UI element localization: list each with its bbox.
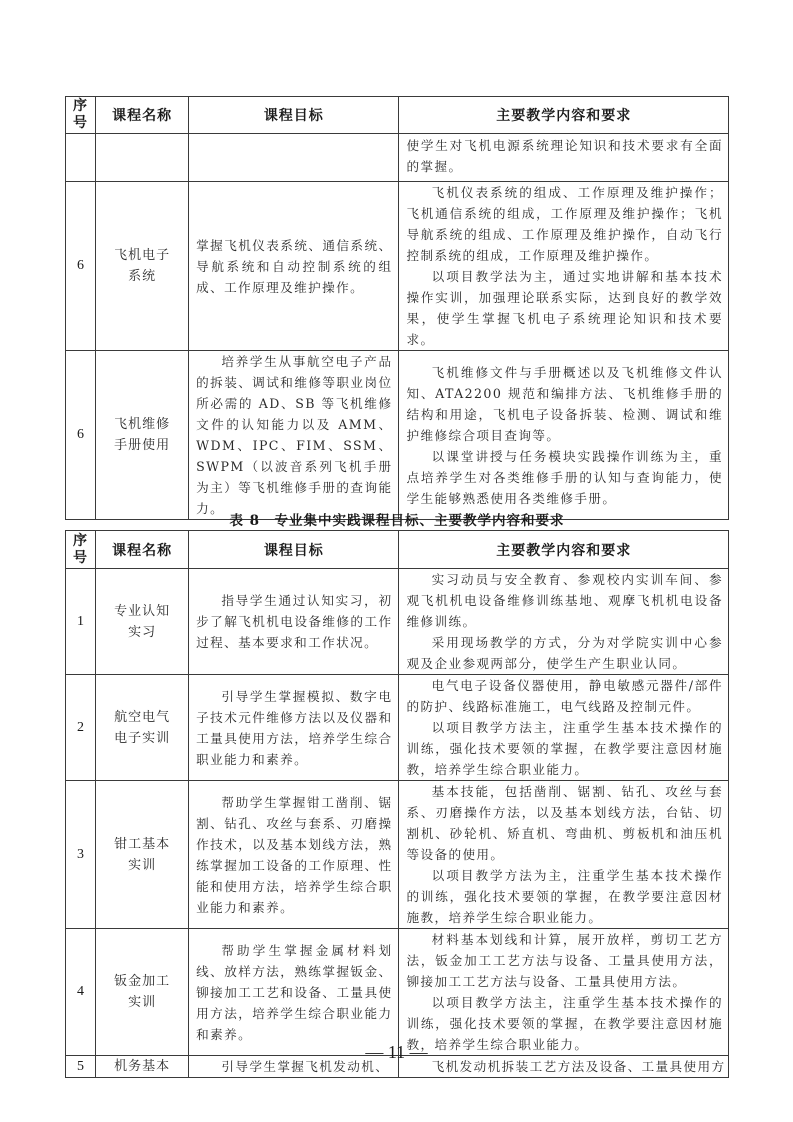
row-course-name: 钣金加工实训 [96,929,189,1056]
header-no: 序号 [66,531,96,569]
content-paragraph: 电气电子设备仪器使用，静电敏感元器件/部件的防护、线路标准施工，电气线路及控制元… [406,675,723,717]
table-header-row: 序号 课程名称 课程目标 主要教学内容和要求 [66,531,729,569]
header-no: 序号 [66,97,96,134]
row-course-goal: 帮助学生掌握钳工凿削、锯割、钻孔、攻丝与套系、刃磨操作技术，以及基本划线方法，熟… [189,781,399,929]
content-paragraph: 材料基本划线和计算，展开放样，剪切工艺方法，钣金加工工艺方法与设备、工量具使用方… [406,929,723,992]
content-paragraph: 以项目教学法为主，通过实地讲解和基本技术操作实训，加强理论联系实际，达到良好的教… [406,266,723,350]
content-paragraph: 飞机维修文件与手册概述以及飞机维修文件认知、ATA2200 规范和编排方法、飞机… [406,362,723,446]
row-content: 飞机维修文件与手册概述以及飞机维修文件认知、ATA2200 规范和编排方法、飞机… [399,351,729,520]
content-paragraph: 实习动员与安全教育、参观校内实训车间、参观飞机机电设备维修训练基地、观摩飞机机电… [406,569,723,632]
row-course-goal: 帮助学生掌握金属材料划线、放样方法，熟练掌握钣金、铆接加工工艺和设备、工量具使用… [189,929,399,1056]
table-row: 1 专业认知实习 指导学生通过认知实习，初步了解飞机机电设备维修的工作过程、基本… [66,569,729,675]
content-paragraph: 采用现场教学的方式，分为对学院实训中心参观及企业参观两部分，使学生产生职业认同。 [406,632,723,674]
table-row: 3 钳工基本实训 帮助学生掌握钳工凿削、锯割、钻孔、攻丝与套系、刃磨操作技术，以… [66,781,729,929]
row-course-name: 钳工基本实训 [96,781,189,929]
header-course-goal: 课程目标 [189,531,399,569]
page-number: — 11 — [0,1042,793,1063]
content-paragraph: 以课堂讲授与任务模块实践操作训练为主，重点培养学生对各类维修手册的认知与查询能力… [406,446,723,509]
table-row: 使学生对飞机电源系统理论知识和技术要求有全面的掌握。 [66,134,729,182]
table-row: 6 飞机电子系统 掌握飞机仪表系统、通信系统、导航系统和自动控制系统的组成、工作… [66,182,729,351]
header-course-name: 课程名称 [96,531,189,569]
row-no: 4 [66,929,96,1056]
header-course-name: 课程名称 [96,97,189,134]
header-content: 主要教学内容和要求 [399,531,729,569]
row-course-name: 飞机维修手册使用 [96,351,189,520]
content-paragraph: 以项目教学方法主，注重学生基本技术操作的训练，强化技术要领的掌握，在教学要注意因… [406,717,723,780]
row-no: 3 [66,781,96,929]
header-content: 主要教学内容和要求 [399,97,729,134]
row-content: 材料基本划线和计算，展开放样，剪切工艺方法，钣金加工工艺方法与设备、工量具使用方… [399,929,729,1056]
table-row: 2 航空电气电子实训 引导学生掌握模拟、数字电子技术元件维修方法以及仪器和工量具… [66,675,729,781]
row-content: 电气电子设备仪器使用，静电敏感元器件/部件的防护、线路标准施工，电气线路及控制元… [399,675,729,781]
row-no: 2 [66,675,96,781]
content-paragraph: 以项目教学方法为主，注重学生基本技术操作的训练，强化技术要领的掌握，在教学要注意… [406,865,723,928]
table-row: 4 钣金加工实训 帮助学生掌握金属材料划线、放样方法，熟练掌握钣金、铆接加工工艺… [66,929,729,1056]
table-row: 6 飞机维修手册使用 培养学生从事航空电子产品的拆装、调试和维修等职业岗位所必需… [66,351,729,520]
content-paragraph: 飞机仪表系统的组成、工作原理及维护操作；飞机通信系统的组成，工作原理及维护操作；… [406,182,723,266]
row-no: 6 [66,351,96,520]
row-content: 基本技能，包括凿削、锯割、钻孔、攻丝与套系、刃磨操作方法，以及基本划线方法，台钻… [399,781,729,929]
course-table-continued: 序号 课程名称 课程目标 主要教学内容和要求 使学生对飞机电源系统理论知识和技术… [65,96,729,520]
table-caption: 表 8 专业集中实践课程目标、主要教学内容和要求 [65,509,729,529]
header-course-goal: 课程目标 [189,97,399,134]
row-course-goal: 指导学生通过认知实习，初步了解飞机机电设备维修的工作过程、基本要求和工作状况。 [189,569,399,675]
row-course-name: 飞机电子系统 [96,182,189,351]
row-no [66,134,96,182]
row-course-goal [189,134,399,182]
row-course-name [96,134,189,182]
row-no: 6 [66,182,96,351]
content-paragraph: 使学生对飞机电源系统理论知识和技术要求有全面的掌握。 [406,135,723,177]
row-course-goal: 培养学生从事航空电子产品的拆装、调试和维修等职业岗位所必需的 AD、SB 等飞机… [189,351,399,520]
content-paragraph: 基本技能，包括凿削、锯割、钻孔、攻丝与套系、刃磨操作方法，以及基本划线方法，台钻… [406,781,723,865]
row-course-goal: 掌握飞机仪表系统、通信系统、导航系统和自动控制系统的组成、工作原理及维护操作。 [189,182,399,351]
row-course-name: 航空电气电子实训 [96,675,189,781]
row-content: 实习动员与安全教育、参观校内实训车间、参观飞机机电设备维修训练基地、观摩飞机机电… [399,569,729,675]
row-course-name: 专业认知实习 [96,569,189,675]
row-content: 飞机仪表系统的组成、工作原理及维护操作；飞机通信系统的组成，工作原理及维护操作；… [399,182,729,351]
row-course-goal: 引导学生掌握模拟、数字电子技术元件维修方法以及仪器和工量具使用方法，培养学生综合… [189,675,399,781]
practice-course-table: 序号 课程名称 课程目标 主要教学内容和要求 1 专业认知实习 指导学生通过认知… [65,530,729,1078]
table-header-row: 序号 课程名称 课程目标 主要教学内容和要求 [66,97,729,134]
row-content: 使学生对飞机电源系统理论知识和技术要求有全面的掌握。 [399,134,729,182]
row-no: 1 [66,569,96,675]
